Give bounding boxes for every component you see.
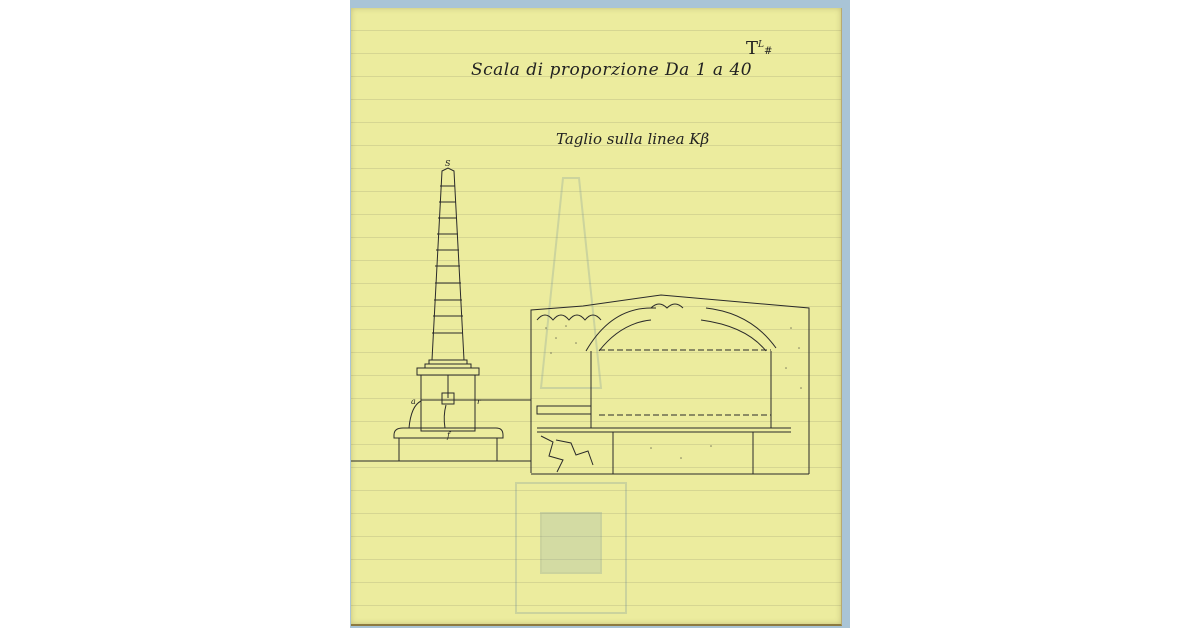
label-top: S — [445, 159, 451, 168]
stipple — [545, 325, 802, 459]
drawing-sheet: Scala di proporzione Da 1 a 40 Taglio su… — [351, 8, 842, 626]
label-right: r — [477, 397, 482, 406]
vault-section — [531, 295, 809, 474]
drawing-illustration: S a r f — [351, 8, 841, 624]
label-left: a — [411, 397, 416, 406]
obelisk-elevation — [351, 168, 531, 461]
label-bottom: f — [446, 431, 452, 440]
